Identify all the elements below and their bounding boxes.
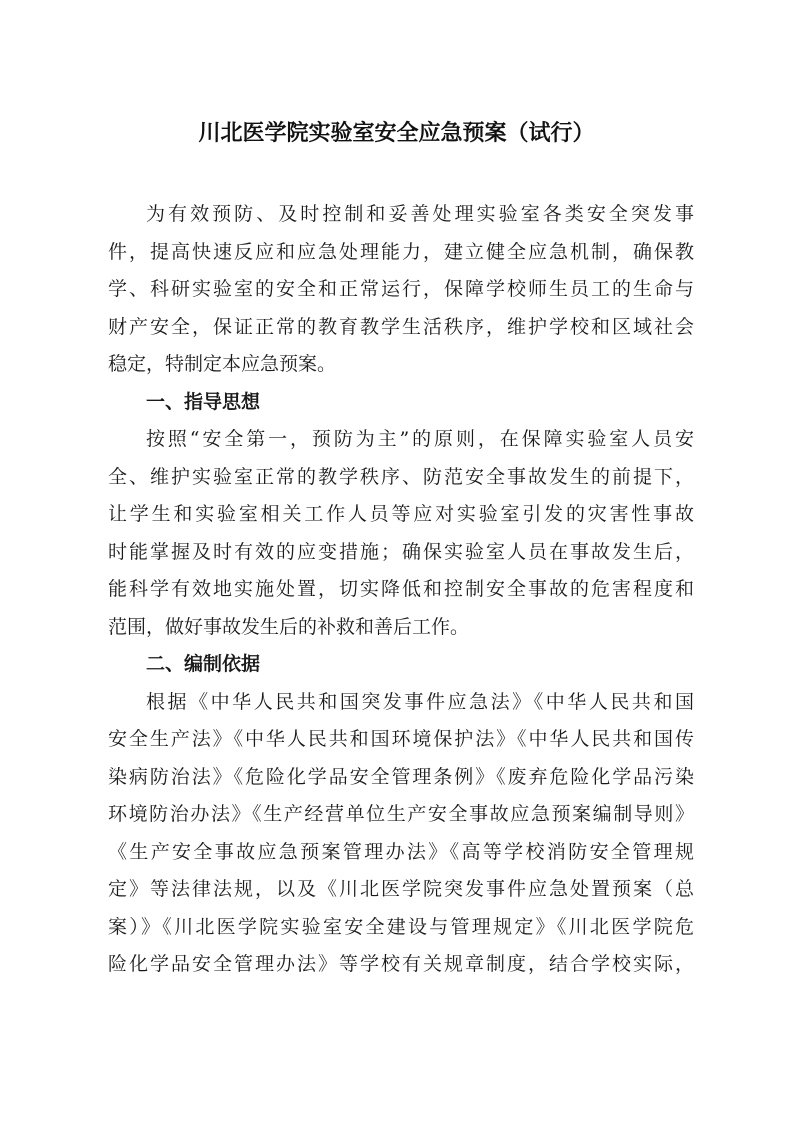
paragraph-line: 学、科研实验室的安全和正常运行，保障学校师生员工的生命与 <box>108 271 694 309</box>
paragraph-line: 《生产安全事故应急预案管理办法》《高等学校消防安全管理规 <box>108 834 694 872</box>
paragraph-line: 件，提高快速反应和应急处理能力，建立健全应急机制，确保教 <box>108 234 694 272</box>
paragraph-line: 安全生产法》《中华人民共和国环境保护法》《中华人民共和国传 <box>108 721 694 759</box>
paragraph-line: 让学生和实验室相关工作人员等应对实验室引发的灾害性事故 <box>108 496 694 534</box>
document-page: 川北医学院实验室安全应急预案（试行） 为有效预防、及时控制和妥善处理实验室各类安… <box>0 0 793 1122</box>
paragraph-line: 稳定，特制定本应急预案。 <box>108 346 694 384</box>
paragraph-line: 财产安全，保证正常的教育教学生活秩序，维护学校和区域社会 <box>108 309 694 347</box>
paragraph-line: 为有效预防、及时控制和妥善处理实验室各类安全突发事 <box>108 196 694 234</box>
paragraph-line: 能科学有效地实施处置，切实降低和控制安全事故的危害程度和 <box>108 571 694 609</box>
paragraph-line: 范围，做好事故发生后的补救和善后工作。 <box>108 609 694 647</box>
paragraph-line: 案）》《川北医学院实验室安全建设与管理规定》《川北医学院危 <box>108 909 694 947</box>
section-heading: 一、指导思想 <box>108 384 694 422</box>
paragraph-line: 环境防治办法》《生产经营单位生产安全事故应急预案编制导则》 <box>108 796 694 834</box>
document-title: 川北医学院实验室安全应急预案（试行） <box>0 116 793 147</box>
paragraph-line: 时能掌握及时有效的应变措施；确保实验室人员在事故发生后， <box>108 534 694 572</box>
paragraph-line: 根据《中华人民共和国突发事件应急法》《中华人民共和国 <box>108 684 694 722</box>
paragraph-line: 定》等法律法规，以及《川北医学院突发事件应急处置预案（总 <box>108 871 694 909</box>
section-heading: 二、编制依据 <box>108 646 694 684</box>
paragraph-line: 按照“安全第一，预防为主”的原则，在保障实验室人员安 <box>108 421 694 459</box>
document-body: 为有效预防、及时控制和妥善处理实验室各类安全突发事 件，提高快速反应和应急处理能… <box>108 196 694 984</box>
paragraph-line: 全、维护实验室正常的教学秩序、防范安全事故发生的前提下， <box>108 459 694 497</box>
paragraph-line: 染病防治法》《危险化学品安全管理条例》《废弃危险化学品污染 <box>108 759 694 797</box>
paragraph-line: 险化学品安全管理办法》等学校有关规章制度，结合学校实际， <box>108 946 694 984</box>
